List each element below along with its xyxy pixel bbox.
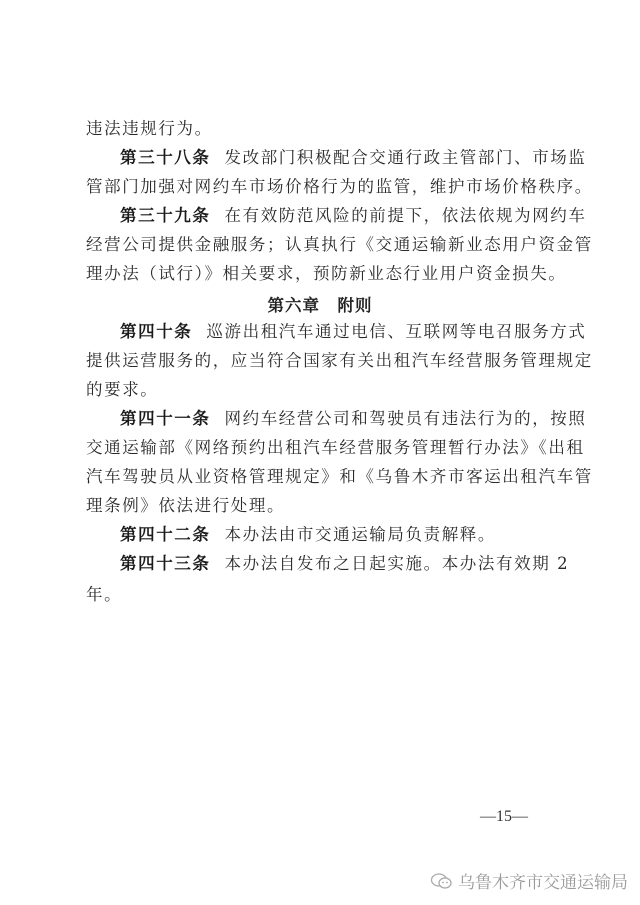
text-line: 汽车驾驶员从业资格管理规定》和《乌鲁木齐市客运出租汽车管 [86, 466, 560, 488]
article-number: 第四十三条 [120, 554, 211, 573]
watermark: 乌鲁木齐市交通运输局 [430, 868, 628, 893]
text-line: 交通运输部《网络预约出租汽车经营服务管理暂行办法》《出租 [86, 437, 560, 459]
article-number: 第三十九条 [120, 206, 211, 225]
text-line: 年。 [86, 584, 560, 606]
text-line: 经营公司提供金融服务；认真执行《交通运输新业态用户资金管 [86, 234, 560, 256]
article-38: 第三十八条发改部门积极配合交通行政主管部门、市场监 [120, 147, 560, 169]
page-number: —15— [480, 808, 528, 826]
text-line: 管部门加强对网约车市场价格行为的监管，维护市场价格秩序。 [86, 176, 560, 198]
article-number: 第四十条 [120, 322, 192, 341]
article-42: 第四十二条本办法由市交通运输局负责解释。 [120, 524, 560, 546]
article-number: 第四十一条 [120, 409, 211, 428]
text-line: 理条例》依法进行处理。 [86, 495, 560, 517]
text-line: 提供运营服务的，应当符合国家有关出租汽车经营服务管理规定 [86, 350, 560, 372]
article-39: 第三十九条在有效防范风险的前提下，依法依规为网约车 [120, 205, 560, 227]
article-number: 第四十二条 [120, 525, 211, 544]
text-line: 违法违规行为。 [86, 118, 560, 140]
wechat-icon [430, 872, 454, 890]
article-43: 第四十三条本办法自发布之日起实施。本办法有效期 2 [120, 553, 560, 575]
text-line: 理办法（试行）》相关要求，预防新业态行业用户资金损失。 [86, 263, 560, 285]
text-line: 的要求。 [86, 379, 560, 401]
chapter-heading: 第六章 附则 [0, 292, 640, 316]
article-number: 第三十八条 [120, 148, 211, 167]
watermark-text: 乌鲁木齐市交通运输局 [458, 868, 628, 893]
article-40: 第四十条巡游出租汽车通过电信、互联网等电召服务方式 [120, 321, 560, 343]
article-41: 第四十一条网约车经营公司和驾驶员有违法行为的，按照 [120, 408, 560, 430]
